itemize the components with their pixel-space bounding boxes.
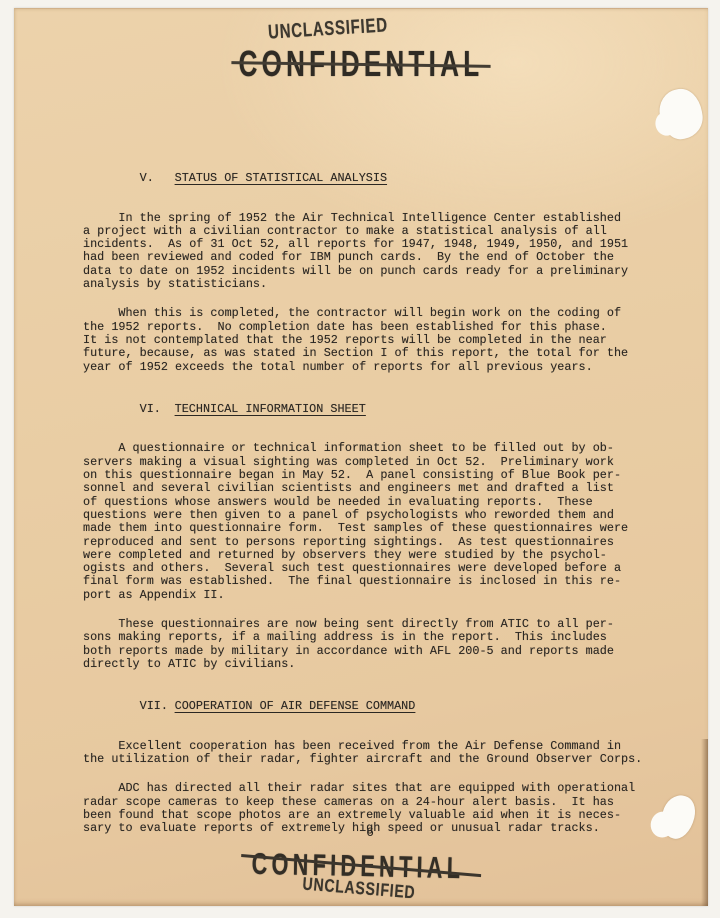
section-title: TECHNICAL INFORMATION SHEET [175, 402, 366, 416]
document-body: V.STATUS OF STATISTICAL ANALYSIS In the … [83, 9, 693, 852]
paragraph: Excellent cooperation has been received … [83, 740, 693, 767]
section-cooperation-of-air-defense-command: VII.COOPERATION OF AIR DEFENSE COMMAND E… [83, 687, 693, 835]
section-title: COOPERATION OF AIR DEFENSE COMMAND [175, 699, 416, 713]
section-number: VII. [140, 700, 175, 713]
section-technical-information-sheet: VI.TECHNICAL INFORMATION SHEET A questio… [83, 390, 693, 671]
paper-edge-shadow [701, 739, 708, 906]
section-heading: V.STATUS OF STATISTICAL ANALYSIS [83, 159, 693, 199]
section-heading: VII.COOPERATION OF AIR DEFENSE COMMAND [83, 687, 693, 727]
section-heading: VI.TECHNICAL INFORMATION SHEET [83, 390, 693, 430]
paragraph: In the spring of 1952 the Air Technical … [83, 212, 693, 292]
section-status-of-statistical-analysis: V.STATUS OF STATISTICAL ANALYSIS In the … [83, 159, 693, 374]
paragraph: These questionnaires are now being sent … [83, 618, 693, 671]
section-number: V. [140, 172, 175, 185]
paragraph: When this is completed, the contractor w… [83, 307, 693, 373]
paper-sheet: UNCLASSIFIED CONFIDENTIAL V.STATUS OF ST… [14, 8, 708, 906]
section-title: STATUS OF STATISTICAL ANALYSIS [175, 171, 387, 185]
page-number: 6 [14, 825, 708, 840]
paragraph: A questionnaire or technical information… [83, 442, 693, 602]
section-number: VI. [140, 403, 175, 416]
